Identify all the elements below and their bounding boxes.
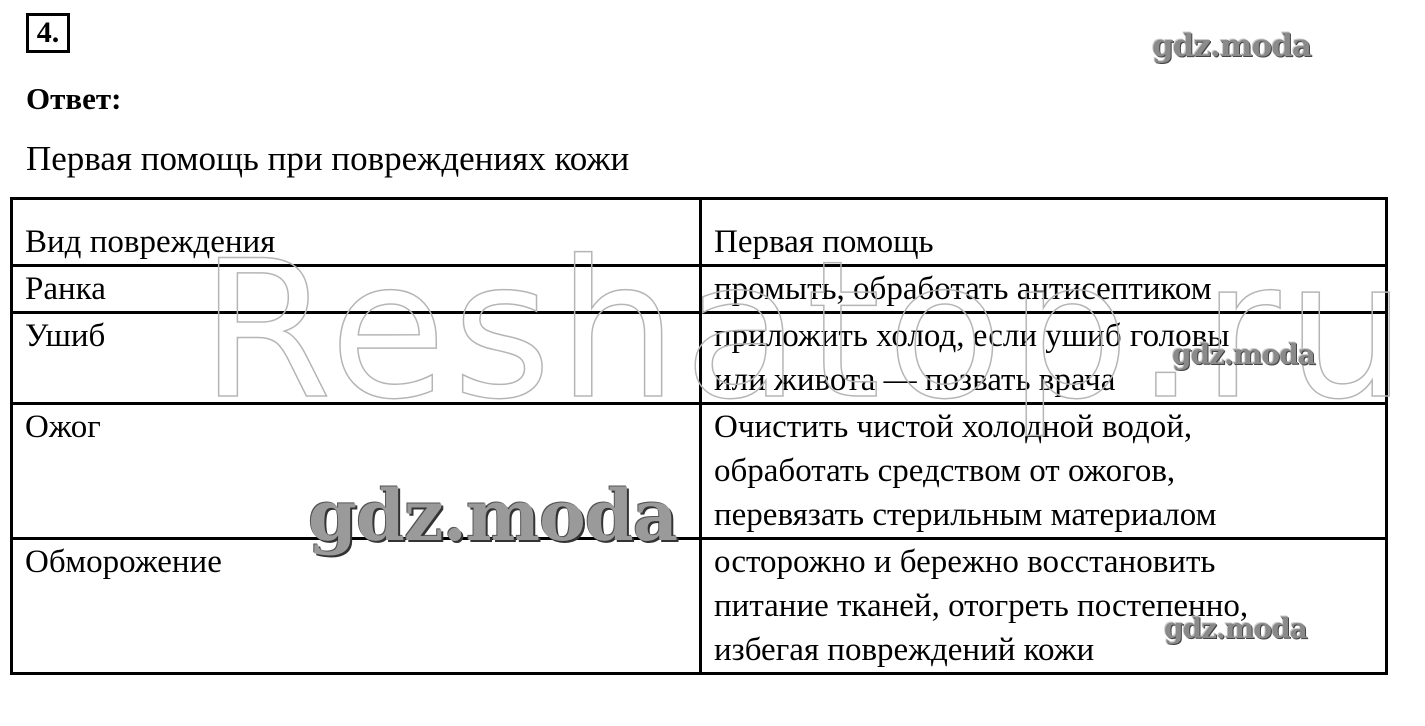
injury-cell: Ожог bbox=[12, 404, 701, 539]
table-title: Первая помощь при повреждениях кожи bbox=[26, 138, 629, 180]
header-injury-type: Вид повреждения bbox=[12, 199, 701, 266]
table-row: Ожог Очистить чистой холодной водой, обр… bbox=[12, 404, 1387, 539]
table-header-row: Вид повреждения Первая помощь bbox=[12, 199, 1387, 266]
injury-cell: Обморожение bbox=[12, 539, 701, 674]
table-row: Обморожение осторожно и бережно восстано… bbox=[12, 539, 1387, 674]
answer-label: Ответ: bbox=[26, 80, 121, 118]
first-aid-cell: осторожно и бережно восстановить питание… bbox=[701, 539, 1387, 674]
first-aid-cell: промыть, обработать антисептиком bbox=[701, 266, 1387, 313]
first-aid-table: Вид повреждения Первая помощь Ранка пром… bbox=[10, 197, 1388, 675]
watermark-logo: gdz.moda bbox=[1152, 28, 1311, 64]
table-row: Ушиб приложить холод, если ушиб головы и… bbox=[12, 313, 1387, 404]
injury-cell: Ранка bbox=[12, 266, 701, 313]
injury-cell: Ушиб bbox=[12, 313, 701, 404]
table-row: Ранка промыть, обработать антисептиком bbox=[12, 266, 1387, 313]
first-aid-cell: приложить холод, если ушиб головы или жи… bbox=[701, 313, 1387, 404]
first-aid-cell: Очистить чистой холодной водой, обработа… bbox=[701, 404, 1387, 539]
task-number-badge: 4. bbox=[26, 13, 70, 53]
header-first-aid: Первая помощь bbox=[701, 199, 1387, 266]
